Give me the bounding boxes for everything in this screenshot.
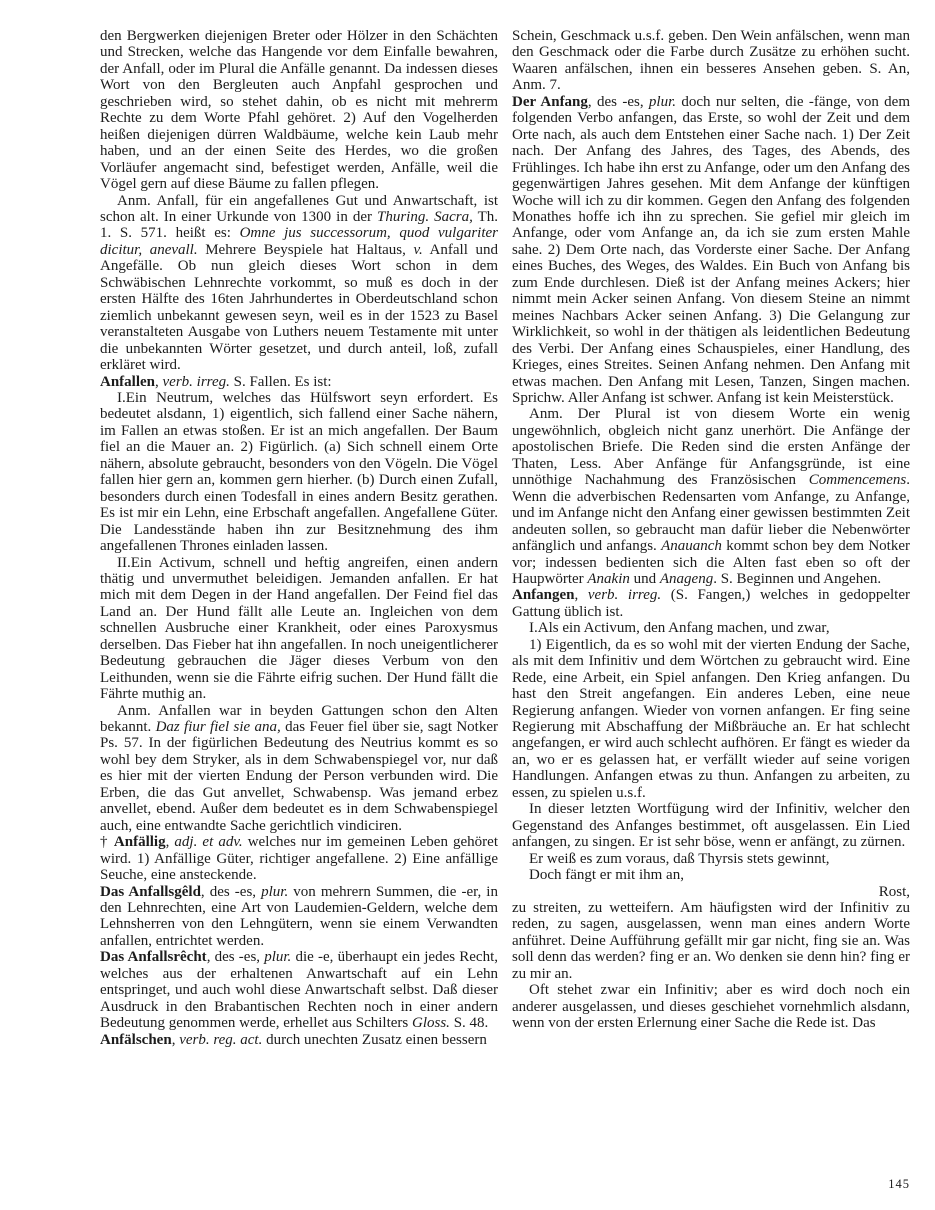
entry-anfallsrecht: Das Anfallsrêcht, des -es, plur. die -e,… [100, 949, 498, 1031]
text-segment: das Feuer fiel über sie, sagt Notker Ps.… [100, 719, 498, 834]
text-segment: I.Als ein Activum, den Anfang machen, un… [529, 620, 830, 636]
paragraph-anfallen-neutrum: I.Ein Neutrum, welches das Hülfswort sey… [100, 390, 498, 555]
text-segment: adj. et adv. [174, 834, 242, 850]
text-segment: Anauanch [661, 538, 722, 554]
text-segment: , des -es, [207, 949, 265, 965]
entry-anfaelschen: Anfälschen, verb. reg. act. durch unecht… [100, 1032, 498, 1048]
text-segment: verb. irreg. [163, 374, 230, 390]
text-segment: Anfälschen [100, 1032, 172, 1048]
text-segment: , des -es, [201, 884, 261, 900]
text-segment: Daz fiur fiel sie ana, [156, 719, 281, 735]
text-segment: plur. [261, 884, 288, 900]
text-segment: plur. [649, 94, 676, 110]
text-segment: verb. reg. act. [179, 1032, 262, 1048]
page-number: 145 [512, 1176, 910, 1192]
text-segment: S. Fallen. Es ist: [230, 374, 332, 390]
text-segment: Rost, [879, 884, 910, 900]
entry-der-anfang: Der Anfang, des -es, plur. doch nur selt… [512, 94, 910, 407]
entry-anfallen: Anfallen, verb. irreg. S. Fallen. Es ist… [100, 374, 498, 390]
entry-anfangen: Anfangen, verb. irreg. (S. Fangen,) welc… [512, 587, 910, 620]
paragraph-wortfuegung: In dieser letzten Wortfügung wird der In… [512, 801, 910, 850]
paragraph-anm-anfall: Anm. Anfall, für ein angefallenes Gut un… [100, 193, 498, 374]
text-segment: Der Anfang [512, 94, 588, 110]
text-segment: Gloss. [412, 1015, 450, 1031]
text-segment: II.Ein Activum, schnell und heftig angre… [100, 555, 498, 703]
text-segment: In dieser letzten Wortfügung wird der In… [512, 801, 910, 850]
text-segment: zu streiten, zu wetteifern. Am häufigste… [512, 900, 910, 982]
paragraph-anfallen-activum: II.Ein Activum, schnell und heftig angre… [100, 555, 498, 703]
text-segment: plur. [264, 949, 291, 965]
text-segment: Anfallen [100, 374, 155, 390]
text-segment: den Bergwerken diejenigen Breter oder Hö… [100, 28, 498, 192]
text-segment: Das Anfallsgêld [100, 884, 201, 900]
verse-line-1: Er weiß es zum voraus, daß Thyrsis stets… [512, 851, 910, 867]
paragraph-anfangen-activum: I.Als ein Activum, den Anfang machen, un… [512, 620, 910, 636]
verse-attribution: Rost, [512, 884, 910, 900]
paragraph-anfangen-eigentlich: 1) Eigentlich, da es so wohl mit der vie… [512, 637, 910, 802]
entry-anfallsgeld: Das Anfallsgêld, des -es, plur. von mehr… [100, 884, 498, 950]
entry-anfaellig: † Anfällig, adj. et adv. welches nur im … [100, 834, 498, 883]
text-segment: Er weiß es zum voraus, daß Thyrsis stets… [529, 851, 830, 867]
text-segment: durch unechten Zusatz einen bessern [262, 1032, 487, 1048]
text-segment: doch nur selten, die -fänge, von dem fol… [512, 94, 910, 406]
paragraph-oft-stehet: Oft stehet zwar ein Infinitiv; aber es w… [512, 982, 910, 1031]
text-segment: Anfall und Angefälle. Ob nun gleich dies… [100, 242, 498, 373]
verse-line-2: Doch fängt er mit ihm an, [512, 867, 910, 883]
text-segment: Schein, Geschmack u.s.f. geben. Den Wein… [512, 28, 910, 93]
paragraph-anm-anfang: Anm. Der Plural ist von diesem Worte ein… [512, 406, 910, 587]
paragraph-anfaelschen-continuation: Schein, Geschmack u.s.f. geben. Den Wein… [512, 28, 910, 94]
paragraph-anm-anfallen: Anm. Anfallen war in beyden Gattungen sc… [100, 703, 498, 835]
text-segment: I.Ein Neutrum, welches das Hülfswort sey… [100, 390, 498, 554]
text-segment: und [630, 571, 660, 587]
text-segment: Anakin [587, 571, 630, 587]
text-segment: Mehrere Beyspiele hat Haltaus, [198, 242, 414, 258]
text-segment: Commencemens [809, 472, 906, 488]
text-segment: Anfangen [512, 587, 575, 603]
text-segment: , des -es, [588, 94, 649, 110]
paragraph-zu-streiten: zu streiten, zu wetteifern. Am häufigste… [512, 900, 910, 982]
paragraph-anfall-continuation: den Bergwerken diejenigen Breter oder Hö… [100, 28, 498, 193]
column-right: Schein, Geschmack u.s.f. geben. Den Wein… [512, 28, 910, 1032]
text-segment: Thuring. Sacra, [377, 209, 473, 225]
text-segment: † [100, 834, 114, 850]
text-segment: Anageng [660, 571, 713, 587]
dictionary-page: den Bergwerken diejenigen Breter oder Hö… [0, 0, 935, 1210]
text-segment: Das Anfallsrêcht [100, 949, 207, 965]
text-segment: . S. Beginnen und Angehen. [713, 571, 881, 587]
text-segment: 1) Eigentlich, da es so wohl mit der vie… [512, 637, 910, 801]
text-segment: v. [413, 242, 422, 258]
text-segment: Anfällig [114, 834, 166, 850]
text-segment: Doch fängt er mit ihm an, [529, 867, 684, 883]
text-segment: S. 48. [450, 1015, 488, 1031]
text-segment: Oft stehet zwar ein Infinitiv; aber es w… [512, 982, 910, 1031]
text-segment: , [155, 374, 163, 390]
text-segment: , [575, 587, 588, 603]
text-segment: verb. irreg. [588, 587, 661, 603]
column-left: den Bergwerken diejenigen Breter oder Hö… [100, 28, 498, 1048]
